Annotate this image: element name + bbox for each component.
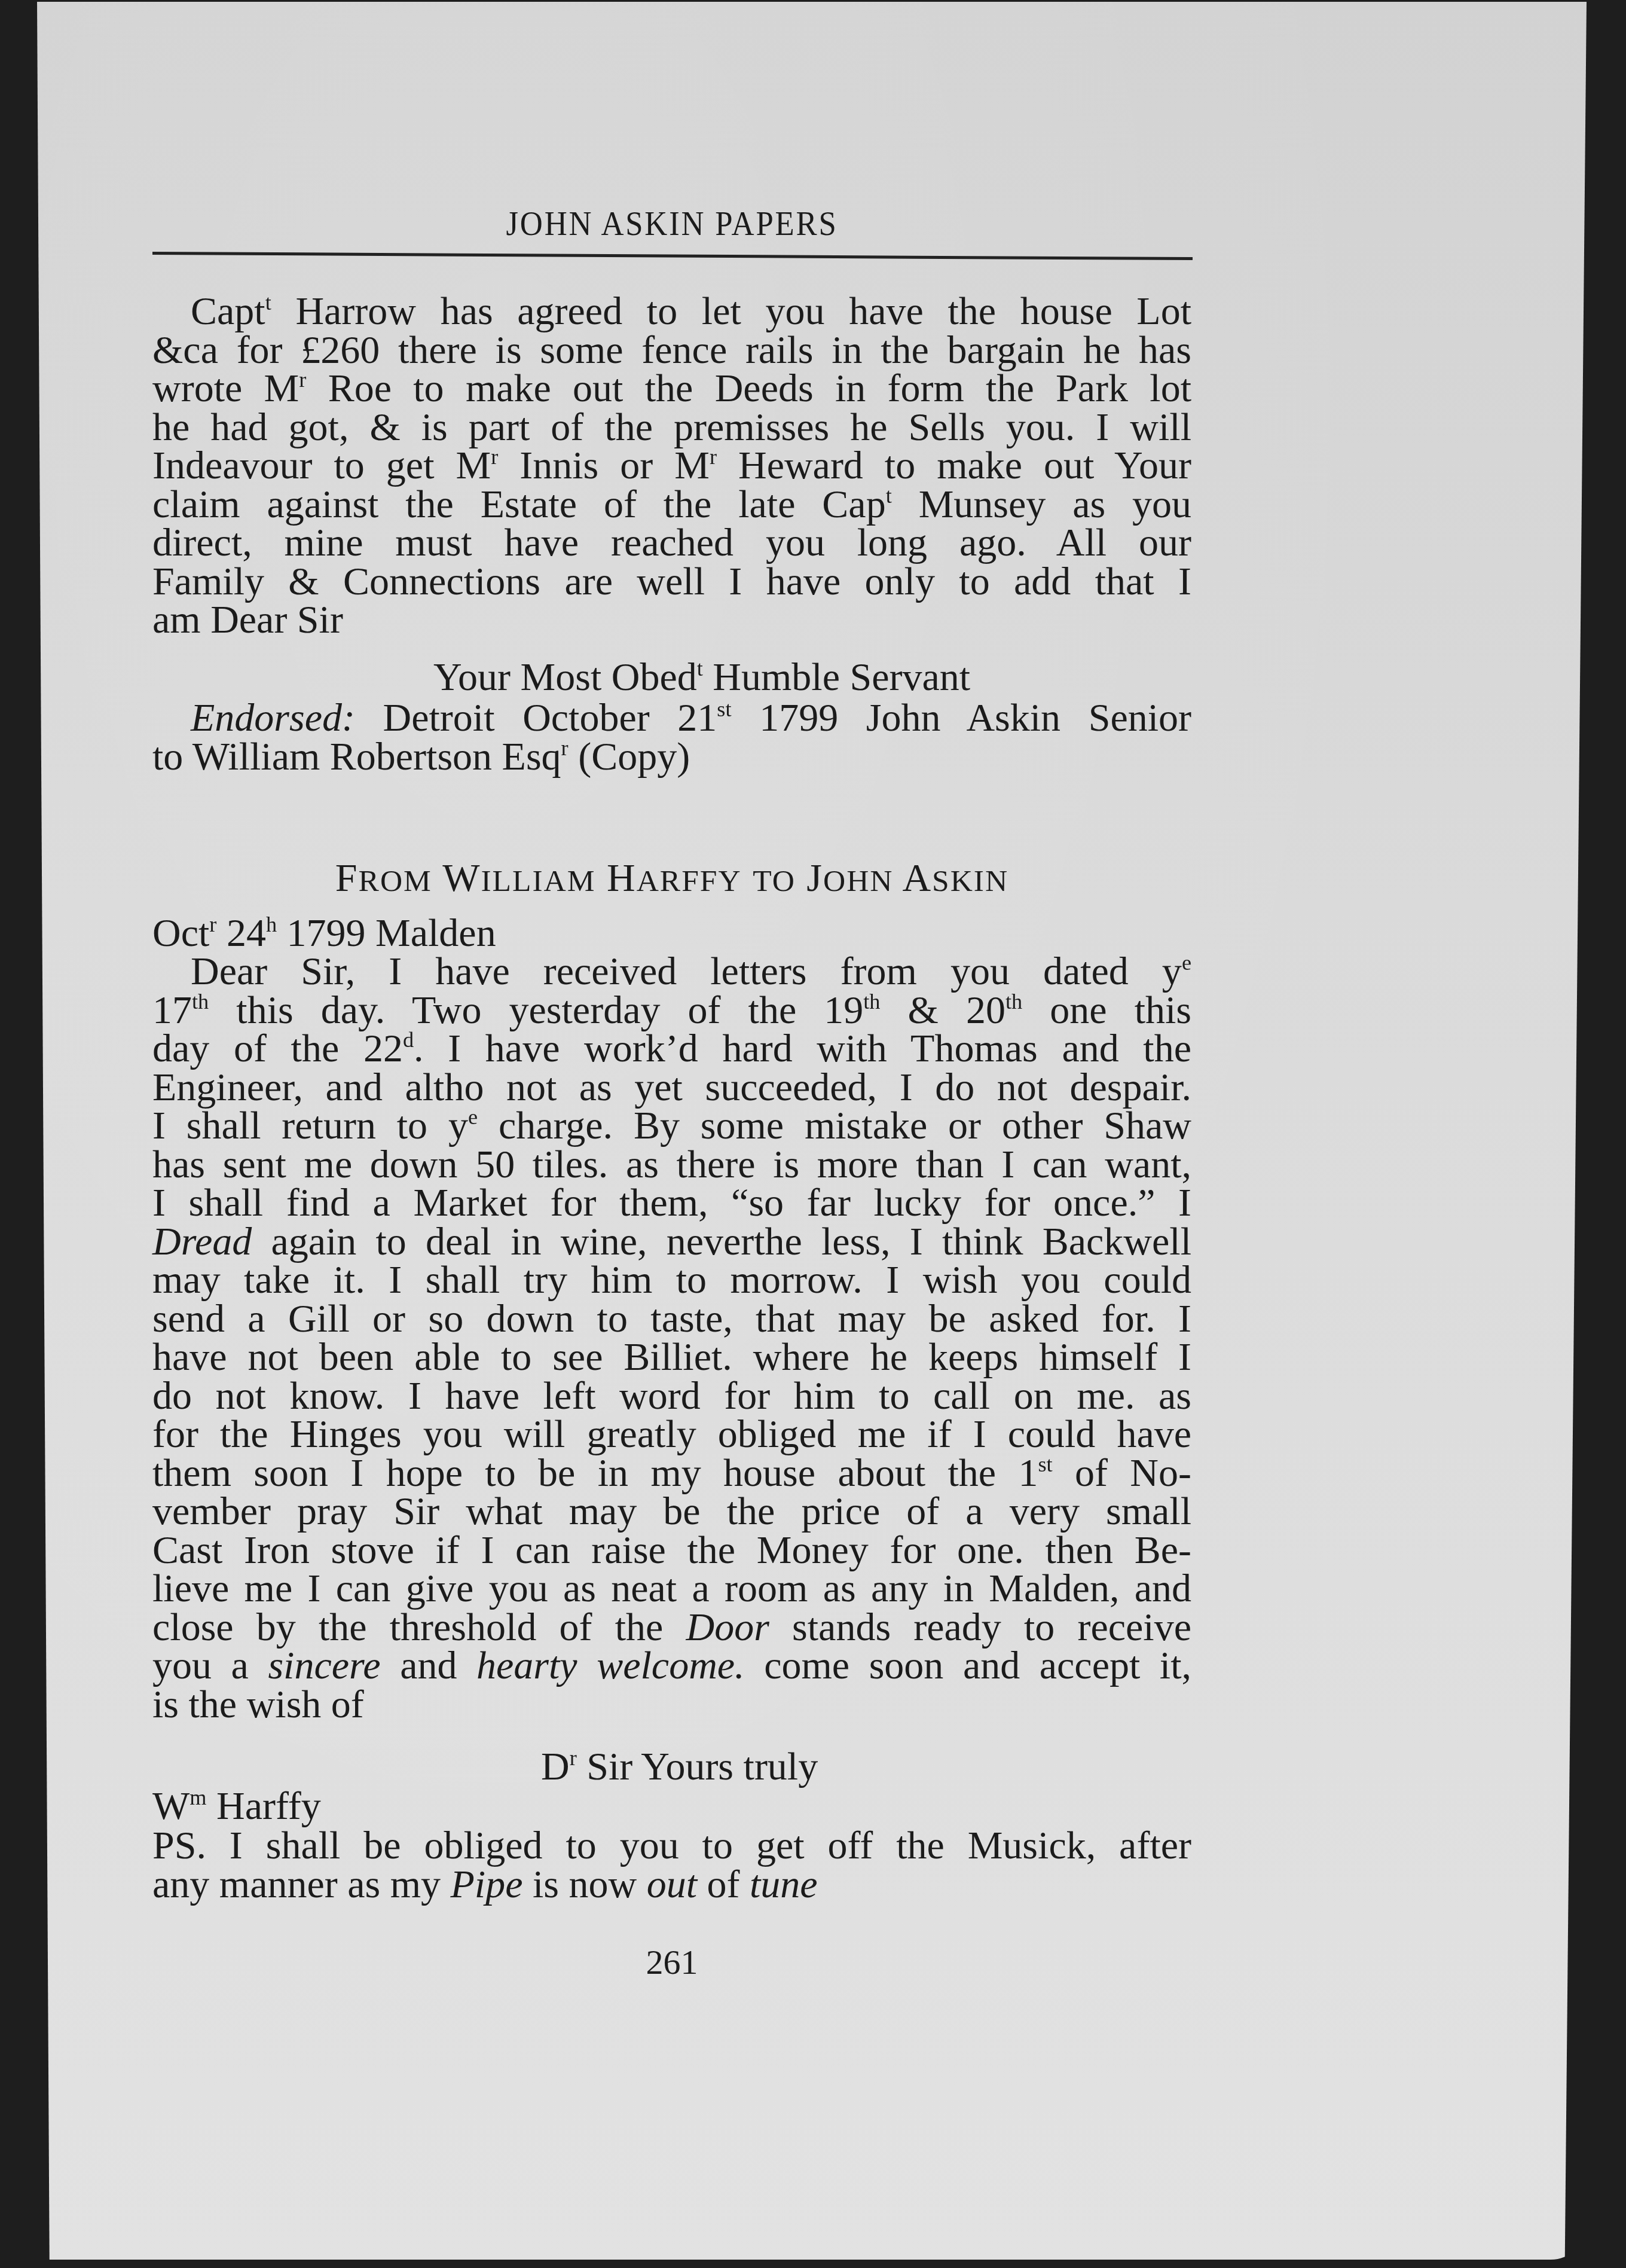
text-line: Family & Connections are well I have onl… <box>152 563 1191 602</box>
endorsement-label: Endorsed: <box>191 696 355 740</box>
text-line: any manner as my Pipe is now out of tune <box>152 1866 1191 1904</box>
scanned-book-page: JOHN ASKIN PAPERS Captt Harrow has agree… <box>37 2 1587 2260</box>
text-line: Octr 24h 1799 Malden <box>152 914 1191 953</box>
text-line: &ca for £260 there is some fence rails i… <box>152 331 1191 370</box>
text-line: them soon I hope to be in my house about… <box>152 1454 1191 1493</box>
title-word: John <box>806 856 893 900</box>
text-line: wrote Mr Roe to make out the Deeds in fo… <box>152 370 1191 408</box>
header-rule <box>152 252 1193 260</box>
page-number: 261 <box>152 1942 1191 1982</box>
title-word: to <box>753 856 796 900</box>
letter2-postscript: PS. I shall be obliged to you to get off… <box>152 1827 1191 1904</box>
text-line: am Dear Sir <box>152 601 1191 640</box>
text-line: Dr Sir Yours truly <box>152 1748 1191 1787</box>
text-line: you a sincere and hearty welcome. come s… <box>152 1647 1191 1686</box>
text-line: Indeavour to get Mr Innis or Mr Heward t… <box>152 447 1191 486</box>
text-line: is the wish of <box>152 1686 1191 1724</box>
text-line: Captt Harrow has agreed to let you have … <box>152 292 1191 331</box>
text-line: 17th this day. Two yesterday of the 19th… <box>152 991 1191 1030</box>
text-line: Dear Sir, I have received letters from y… <box>152 953 1191 991</box>
title-word: Harffy <box>607 856 742 900</box>
letter2-signature: Wm Harffy <box>152 1787 1218 1826</box>
running-head: JOHN ASKIN PAPERS <box>184 205 1160 243</box>
title-word: Askin <box>902 856 1008 900</box>
text-line: claim against the Estate of the late Cap… <box>152 486 1191 524</box>
letter1-continuation-paragraph: Captt Harrow has agreed to let you have … <box>152 292 1191 640</box>
text-line: Your Most Obedt Humble Servant <box>152 658 1191 697</box>
text-line: I shall find a Market for them, “so far … <box>152 1184 1191 1223</box>
text-line: PS. I shall be obliged to you to get off… <box>152 1827 1191 1866</box>
text-line: he had got, & is part of the premisses h… <box>152 408 1191 447</box>
letter2-title: From William Harffy to John Askin <box>152 856 1191 901</box>
text-line: Dread again to deal in wine, neverthe le… <box>152 1223 1191 1262</box>
letter2-body: Dear Sir, I have received letters from y… <box>152 953 1191 1724</box>
text-line: vember pray Sir what may be the price of… <box>152 1492 1191 1531</box>
text-line: direct, mine must have reached you long … <box>152 524 1191 563</box>
text-line: has sent me down 50 tiles. as there is m… <box>152 1146 1191 1185</box>
text-line: day of the 22d. I have work’d hard with … <box>152 1030 1191 1069</box>
text-line: have not been able to see Billiet. where… <box>152 1338 1191 1377</box>
letter2-dateline: Octr 24h 1799 Malden <box>152 914 1196 953</box>
endorsement-line-2: to William Robertson Esqr (Copy) <box>152 738 1191 777</box>
text-line: lieve me I can give you as neat a room a… <box>152 1570 1191 1608</box>
text-line: Engineer, and altho not as yet succeeded… <box>152 1069 1191 1107</box>
title-word: William <box>442 856 595 900</box>
text-line: Wm Harffy <box>152 1787 1191 1826</box>
title-word: From <box>335 856 432 900</box>
letter2-complimentary-close: Dr Sir Yours truly <box>152 1748 1191 1787</box>
text-line: I shall return to ye charge. By some mis… <box>152 1107 1191 1146</box>
text-line: for the Hinges you will greatly obliged … <box>152 1415 1191 1454</box>
endorsement-line-1: Endorsed: Detroit October 21st 1799 John… <box>152 699 1191 738</box>
letter1-complimentary-close: Your Most Obedt Humble Servant <box>152 658 1191 697</box>
text-line: may take it. I shall try him to morrow. … <box>152 1261 1191 1300</box>
text-line: do not know. I have left word for him to… <box>152 1377 1191 1416</box>
endorsement: Endorsed: Detroit October 21st 1799 John… <box>152 699 1191 776</box>
text-line: Cast Iron stove if I can raise the Money… <box>152 1531 1191 1570</box>
text-line: close by the threshold of the Door stand… <box>152 1608 1191 1647</box>
text-line: send a Gill or so down to taste, that ma… <box>152 1300 1191 1339</box>
